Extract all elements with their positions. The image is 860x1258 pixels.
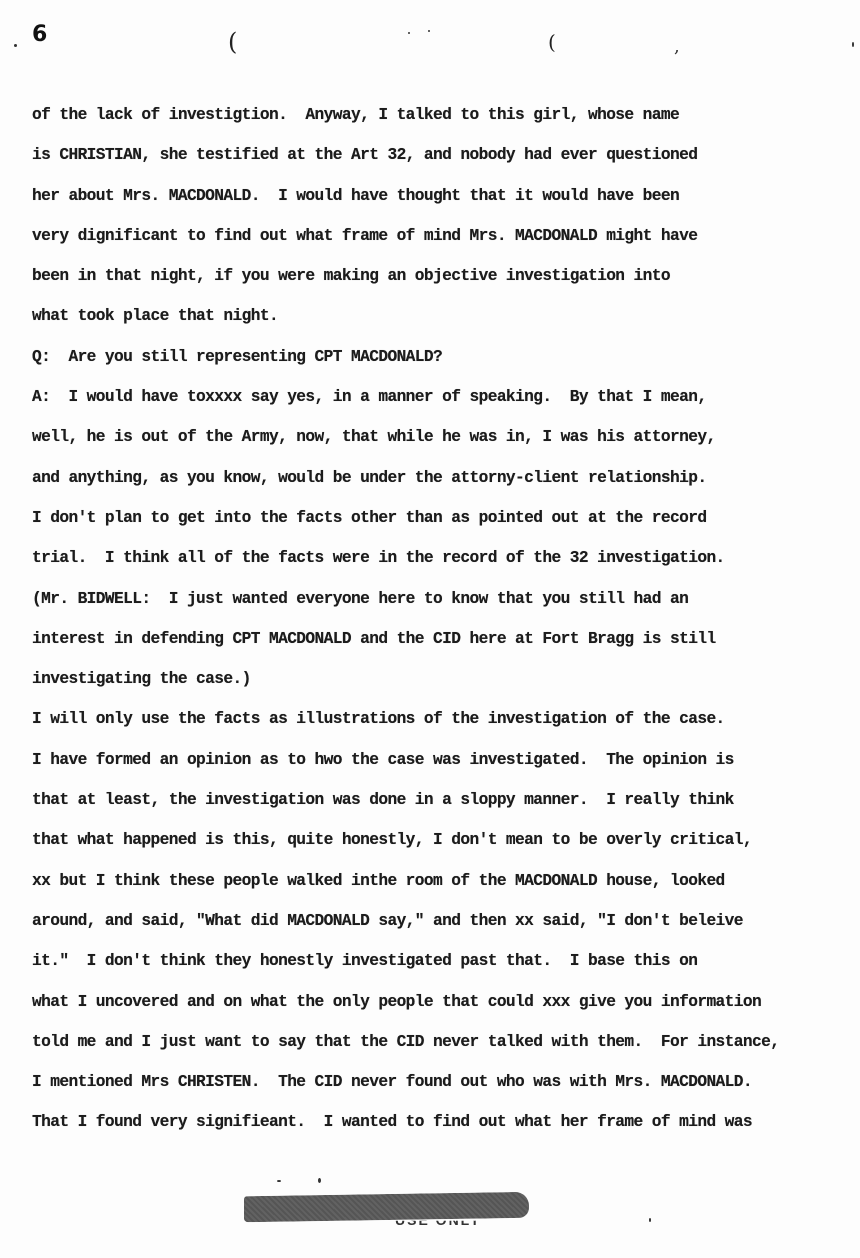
text-line: well, he is out of the Army, now, that w… [32, 423, 852, 463]
document-body: of the lack of investigtion. Anyway, I t… [32, 101, 852, 1149]
text-line: I mentioned Mrs CHRISTEN. The CID never … [32, 1068, 852, 1108]
text-line: been in that night, if you were making a… [32, 262, 852, 302]
scan-speck [852, 42, 854, 47]
text-line: that what happened is this, quite honest… [32, 826, 852, 866]
text-line: xx but I think these people walked inthe… [32, 867, 852, 907]
text-line: I have formed an opinion as to hwo the c… [32, 746, 852, 786]
text-line: around, and said, "What did MACDONALD sa… [32, 907, 852, 947]
text-line: that at least, the investigation was don… [32, 786, 852, 826]
text-line: A: I would have toxxxx say yes, in a man… [32, 383, 852, 423]
text-line: interest in defending CPT MACDONALD and … [32, 625, 852, 665]
page-number: 6 [32, 22, 47, 47]
text-line: her about Mrs. MACDONALD. I would have t… [32, 182, 852, 222]
text-line: is CHRISTIAN, she testified at the Art 3… [32, 141, 852, 181]
text-line: and anything, as you know, would be unde… [32, 464, 852, 504]
text-line: told me and I just want to say that the … [32, 1028, 852, 1068]
scan-speck [408, 32, 410, 34]
scan-speck [649, 1218, 651, 1222]
text-line: That I found very signifieant. I wanted … [32, 1108, 852, 1148]
text-line: of the lack of investigtion. Anyway, I t… [32, 101, 852, 141]
text-line: I will only use the facts as illustratio… [32, 705, 852, 745]
scan-speck [318, 1178, 321, 1183]
text-line: it." I don't think they honestly investi… [32, 947, 852, 987]
scan-paren-mark: ( [228, 28, 237, 56]
text-line: trial. I think all of the facts were in … [32, 544, 852, 584]
scan-speck [14, 44, 17, 47]
text-line: what took place that night. [32, 302, 852, 342]
scan-speck [277, 1180, 281, 1182]
text-line: Q: Are you still representing CPT MACDON… [32, 343, 852, 383]
text-line: investigating the case.) [32, 665, 852, 705]
text-line: I don't plan to get into the facts other… [32, 504, 852, 544]
text-line: very dignificant to find out what frame … [32, 222, 852, 262]
text-line: what I uncovered and on what the only pe… [32, 988, 852, 1028]
redaction-bar [244, 1192, 529, 1222]
scan-tick-mark: , [674, 36, 680, 57]
text-line: (Mr. BIDWELL: I just wanted everyone her… [32, 585, 852, 625]
scan-speck [428, 30, 430, 32]
scan-paren-mark: ( [548, 30, 556, 54]
